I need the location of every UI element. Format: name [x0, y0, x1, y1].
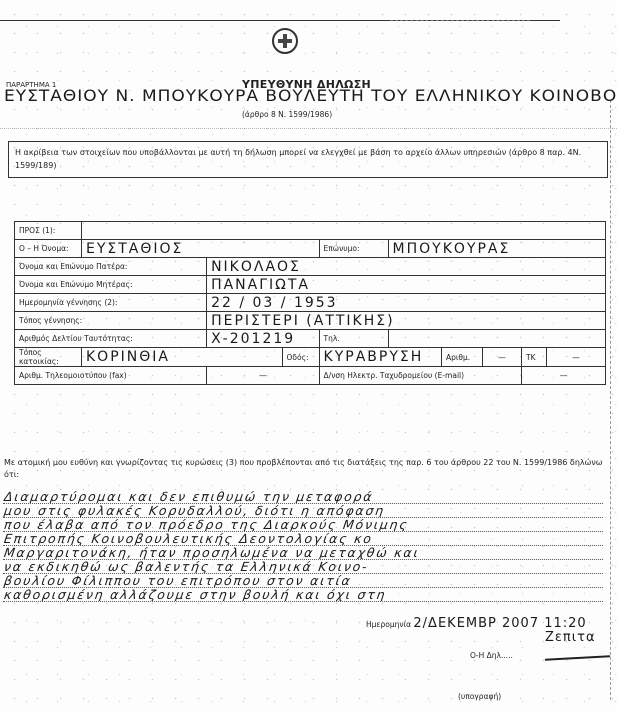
declaration-intro: Με ατομική μου ευθύνη και γνωρίζοντας τι…: [4, 457, 604, 481]
surname-field[interactable]: ΜΠΟΥΚΟΥΡΑΣ: [388, 240, 605, 258]
phone-field[interactable]: [388, 330, 605, 348]
residence-label: Τόπος κατοικίας:: [15, 348, 82, 367]
first-name-label: Ο – Η Όνομα:: [15, 240, 82, 258]
declaration-line: καθορισμένη αλλάζουμε στην βουλή και όχι…: [3, 588, 605, 602]
document-subtitle: (άρθρο 8 Ν. 1599/1986): [242, 110, 332, 119]
signature: Ζεπιτα: [545, 630, 596, 645]
residence-field[interactable]: ΚΟΡΙΝΘΙΑ: [82, 348, 283, 367]
date-line: Ημερομηνία 2/ΔΕΚΕΜΒΡ 2007 11:20: [366, 616, 587, 631]
declarant-label: Ο-Η Δηλ.....: [470, 651, 513, 660]
form-row-id: Αριθμός Δελτίου Ταυτότητας: Χ-201219 Τηλ…: [15, 330, 606, 348]
declaration-line: Διαμαρτύρομαι και δεν επιθυμώ την μεταφο…: [3, 490, 605, 504]
declaration-line: μου στις φυλακές Κορυδαλλού, διότι η από…: [3, 504, 605, 518]
form-row-birthplace: Τόπος γέννησης: ΠΕΡΙΣΤΕΡΙ (ΑΤΤΙΚΗΣ): [15, 312, 606, 330]
first-name-field[interactable]: ΕΥΣΤΑΘΙΟΣ: [82, 240, 320, 258]
declaration-form: ΠΡΟΣ (1): Ο – Η Όνομα: ΕΥΣΤΑΘΙΟΣ Επώνυμο…: [14, 221, 606, 385]
signature-stroke: [545, 655, 610, 660]
postcode-field[interactable]: —: [547, 348, 606, 367]
street-label: Οδός:: [282, 348, 319, 367]
form-row-contact: Αριθμ. Τηλεομοιοτύπου (fax) — Δ/νση Ηλεκ…: [15, 367, 606, 385]
form-row-father: Όνομα και Επώνυμο Πατέρα: ΝΙΚΟΛΑΟΣ: [15, 258, 606, 276]
mother-field[interactable]: ΠΑΝΑΓΙΩΤΑ: [207, 276, 606, 294]
date-value[interactable]: 2/ΔΕΚΕΜΒΡ 2007 11:20: [413, 616, 586, 631]
scan-band: [0, 128, 617, 139]
to-label: ΠΡΟΣ (1):: [15, 222, 82, 240]
birthplace-field[interactable]: ΠΕΡΙΣΤΕΡΙ (ΑΤΤΙΚΗΣ): [207, 312, 606, 330]
fax-label: Αριθμ. Τηλεομοιοτύπου (fax): [15, 367, 207, 385]
postcode-label: ΤΚ: [522, 348, 547, 367]
declaration-body: Διαμαρτύρομαι και δεν επιθυμώ την μεταφο…: [4, 490, 604, 602]
document-title: ΥΠΕΥΘΥΝΗ ΔΗΛΩΣΗ: [242, 78, 371, 91]
birthdate-field[interactable]: 22 / 03 / 1953: [207, 294, 606, 312]
email-field[interactable]: —: [522, 367, 606, 385]
accuracy-notice: Η ακρίβεια των στοιχείων που υποβάλλοντα…: [8, 141, 608, 178]
birthdate-label: Ημερομηνία γέννησης (2):: [15, 294, 207, 312]
birthplace-label: Τόπος γέννησης:: [15, 312, 207, 330]
id-field[interactable]: Χ-201219: [207, 330, 319, 348]
fax-field[interactable]: —: [207, 367, 319, 385]
declaration-line: βουλίου Φίλιππου του επιτρόπου στον αιτί…: [3, 574, 605, 588]
coat-of-arms-icon: [272, 28, 298, 54]
declaration-line: Επιτροπής Κοινοβουλευτικής Δεοντολογίας …: [3, 532, 605, 546]
phone-label: Τηλ.: [319, 330, 388, 348]
top-rule-dashed: [390, 20, 530, 21]
form-row-residence: Τόπος κατοικίας: ΚΟΡΙΝΘΙΑ Οδός: ΚΥΡΑΒΡΥΣ…: [15, 348, 606, 367]
form-row-to: ΠΡΟΣ (1):: [15, 222, 606, 240]
surname-label: Επώνυμο:: [319, 240, 388, 258]
form-row-name: Ο – Η Όνομα: ΕΥΣΤΑΘΙΟΣ Επώνυμο: ΜΠΟΥΚΟΥΡ…: [15, 240, 606, 258]
mother-label: Όνομα και Επώνυμο Μητέρας:: [15, 276, 207, 294]
right-margin-line: [610, 100, 611, 700]
email-label: Δ/νση Ηλεκτρ. Ταχυδρομείου (E-mail): [319, 367, 521, 385]
father-field[interactable]: ΝΙΚΟΛΑΟΣ: [207, 258, 606, 276]
to-field[interactable]: [82, 222, 606, 240]
date-label: Ημερομηνία: [366, 620, 411, 629]
number-label: Αριθμ.: [442, 348, 483, 367]
declaration-line: που έλαβα από τον πρόεδρο της Διαρκούς Μ…: [3, 518, 605, 532]
id-label: Αριθμός Δελτίου Ταυτότητας:: [15, 330, 207, 348]
form-row-mother: Όνομα και Επώνυμο Μητέρας: ΠΑΝΑΓΙΩΤΑ: [15, 276, 606, 294]
declaration-line: να εκδικηθώ ως βαλεντής τα Ελληνικά Κοιν…: [3, 560, 605, 574]
form-row-birthdate: Ημερομηνία γέννησης (2): 22 / 03 / 1953: [15, 294, 606, 312]
father-label: Όνομα και Επώνυμο Πατέρα:: [15, 258, 207, 276]
declaration-line: Μαργαριτονάκη, ήταν προσηλωμένα να μεταχ…: [3, 546, 605, 560]
signature-label: (υπογραφή): [458, 692, 501, 701]
street-field[interactable]: ΚΥΡΑΒΡΥΣΗ: [319, 348, 441, 367]
number-field[interactable]: —: [483, 348, 522, 367]
